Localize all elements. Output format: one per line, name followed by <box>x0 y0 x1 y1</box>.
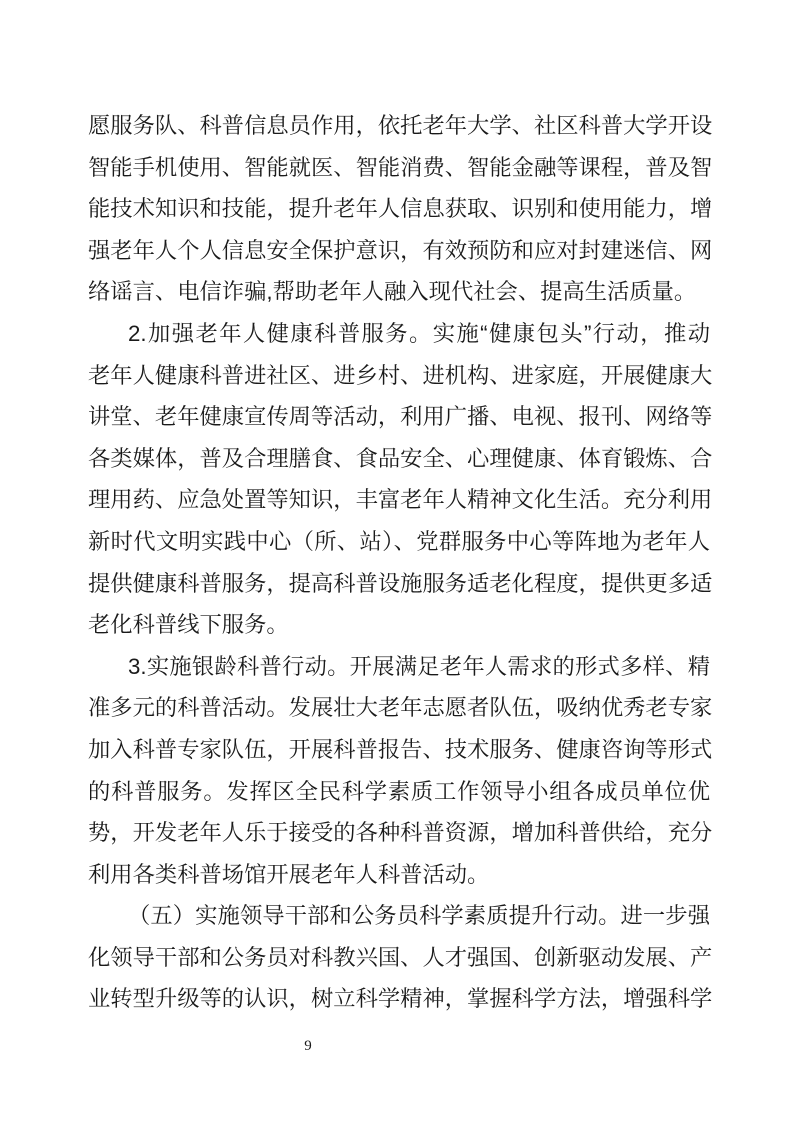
text-line: 络谣言、电信诈骗,帮助老年人融入现代社会、提高生活质量。 <box>88 271 710 313</box>
text-line: 化领导干部和公务员对科教兴国、人才强国、创新驱动发展、产 <box>88 937 710 979</box>
text-line: 理用药、应急处置等知识，丰富老年人精神文化生活。充分利用 <box>88 479 710 521</box>
text-line: 能技术知识和技能，提升老年人信息获取、识别和使用能力，增 <box>88 188 710 230</box>
text-line: 准多元的科普活动。发展壮大老年志愿者队伍，吸纳优秀老专家 <box>88 687 710 729</box>
text-line: 各类媒体，普及合理膳食、食品安全、心理健康、体育锻炼、合 <box>88 438 710 480</box>
text-line: 强老年人个人信息安全保护意识，有效预防和应对封建迷信、网 <box>88 230 710 272</box>
document-page: 愿服务队、科普信息员作用，依托老年大学、社区科普大学开设智能手机使用、智能就医、… <box>0 0 793 1122</box>
text-line: 势，开发老年人乐于接受的各种科普资源，增加科普供给，充分 <box>88 812 710 854</box>
text-line: 3.实施银龄科普行动。开展满足老年人需求的形式多样、精 <box>88 646 710 688</box>
text-line: 业转型升级等的认识，树立科学精神，掌握科学方法，增强科学 <box>88 978 710 1020</box>
text-line: 新时代文明实践中心（所、站）、党群服务中心等阵地为老年人 <box>88 521 710 563</box>
text-line: 老化科普线下服务。 <box>88 604 710 646</box>
text-line: 讲堂、老年健康宣传周等活动，利用广播、电视、报刊、网络等 <box>88 396 710 438</box>
text-line: 的科普服务。发挥区全民科学素质工作领导小组各成员单位优 <box>88 771 710 813</box>
text-line: 加入科普专家队伍，开展科普报告、技术服务、健康咨询等形式 <box>88 729 710 771</box>
page-number: 9 <box>296 1037 320 1055</box>
text-line: 2.加强老年人健康科普服务。实施“健康包头”行动，推动 <box>88 313 710 355</box>
document-body: 愿服务队、科普信息员作用，依托老年大学、社区科普大学开设智能手机使用、智能就医、… <box>88 105 710 1020</box>
text-line: 利用各类科普场馆开展老年人科普活动。 <box>88 854 710 896</box>
text-line: 提供健康科普服务，提高科普设施服务适老化程度，提供更多适 <box>88 563 710 605</box>
text-line: 愿服务队、科普信息员作用，依托老年大学、社区科普大学开设 <box>88 105 710 147</box>
text-line: 智能手机使用、智能就医、智能消费、智能金融等课程，普及智 <box>88 147 710 189</box>
text-line: （五）实施领导干部和公务员科学素质提升行动。进一步强 <box>88 895 710 937</box>
text-line: 老年人健康科普进社区、进乡村、进机构、进家庭，开展健康大 <box>88 355 710 397</box>
